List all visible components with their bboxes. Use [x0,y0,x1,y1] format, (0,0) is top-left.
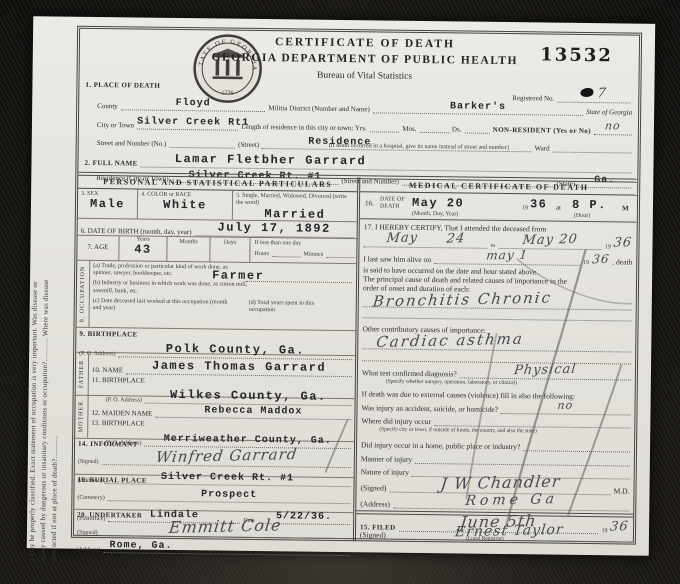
physician-address-value: Rome Ga [464,491,558,509]
meridiem-label: M [622,204,629,212]
where-injury-sub: (Specify city or town, if outside of lim… [379,426,537,434]
father-name-value: James Thomas Garrard [152,359,326,375]
occupation-d-label: (d) Total years spent in this occupation [249,300,319,315]
death-date-label-1: DATE OF [380,196,405,202]
mother-side-cell: MOTHER [75,396,89,438]
occupation-b-label: (b) Industry or business in which work w… [93,280,253,296]
ink-blot [581,88,594,97]
last-saw-pre: I last saw him alive on [363,254,431,264]
county-value: Floyd [176,98,211,109]
accident-value: no [557,399,574,412]
test-label: What test confirmed diagnosis? [362,368,457,378]
race-value: White [138,198,232,213]
last-saw-year-prefix: 19 [583,260,589,266]
attended-year-prefix: 19 [605,244,611,250]
informant-row: 14. INFORMANT (Signed) Winfred Garrard (… [75,439,354,478]
certificate-number: 13532 [540,44,613,66]
sex-cell: 3. SEX Male [78,189,138,219]
occupation-c-label: (c) Date deceased last worked at this oc… [93,298,228,314]
physician-address-row: (Address) Rome Ga [360,493,629,511]
undertaker-signature: Emmitt Cole [168,515,283,537]
cemetery-value: Prospect [201,489,257,501]
test-sub-label: (Specify whether autopsy, operation, lab… [386,379,517,387]
accident-label: Was injury an accident, suicide, or homi… [361,403,498,414]
test-line: Physical [460,359,631,380]
street-number-label: Street and Number (No.) [97,139,167,148]
last-saw-value: may 1 [485,248,528,263]
father-side-cell: FATHER [76,353,90,395]
less-than-day-label: If less than one day [254,240,354,247]
hours-label: Hours [254,251,269,257]
medical-header: MEDICAL CERTIFICATE OF DEATH [360,177,637,195]
undertaker-address-label: (Address) [77,547,101,553]
physician-address-label: (Address) [360,499,390,508]
informant-signed-label: (Signed) [78,459,99,465]
death-date-value: May 20 [412,196,464,211]
militia-value: Barker's [450,101,506,113]
test-value: Physical [513,362,577,378]
race-cell: 4. COLOR or RACE White [138,190,233,220]
death-hour-sub: (Hour) [574,213,590,219]
last-saw-line: may 1 [434,245,580,266]
last-saw-year-value: 36 [591,252,610,266]
death-date-sub: (Month, Day, Year) [412,211,459,218]
personal-column: PERSONAL AND STATISTICAL PARTICULARS 3. … [74,174,360,541]
mother-side-label: MOTHER [78,401,84,432]
birthplace-label: 9. BIRTHPLACE [79,330,137,339]
occupation-side-label: 8. OCCUPATION [80,266,87,323]
death-date-number: 16. [365,199,374,207]
cemetery-line: Prospect [108,482,351,504]
mother-row: MOTHER 12. MAIDEN NAME Rebecca Maddox 13… [75,396,355,442]
less-than-day-cell: If less than one day Hours Minutes [250,238,356,263]
county-label: County [97,102,118,110]
cemetery-label: (Cemetery) [77,495,104,501]
death-year-value: 36 [530,197,548,211]
burial-row: 19. BURIAL PLACE (Cemetery) Prospect (Po… [74,475,353,513]
scanned-death-certificate: it may be properly classified. Exact sta… [0,0,680,584]
birth-date-label: 6. DATE OF BIRTH (month, day, year) [81,227,192,236]
ward-label: Ward [535,144,550,152]
father-row: FATHER 10. NAME James Thomas Garrard 11.… [76,353,356,399]
registrar-signed-line: Ernest Taylor [389,521,629,543]
last-saw-row: I last saw him alive on may 1 19 36 , de… [363,251,632,266]
father-side-label: FATHER [79,360,85,388]
militia-line: Barker's [373,94,584,116]
months-label: Months [167,237,210,262]
city-value: Silver Creek Rt1 [137,116,249,128]
place-of-death-label: 1. PLACE OF DEATH [85,81,160,90]
minutes-line [326,257,354,258]
undertaker-row: 20. UNDERTAKER (Signed) Emmitt Cole (Add… [74,510,353,541]
birth-date-line: July 17, 1892 [195,217,354,238]
columns: PERSONAL AND STATISTICAL PARTICULARS 3. … [74,174,637,545]
physician-signed-label: (Signed) [360,483,386,492]
certificate-page: it may be properly classified. Exact sta… [27,16,655,556]
nonresident-line: no [594,116,632,135]
mother-name-line: Rebecca Maddox [155,399,351,420]
hours-line [272,256,300,257]
mother-name-value: Rebecca Maddox [204,405,302,417]
bureau-subtitle: Bureau of Vital Statistics [230,70,500,83]
street-paren-label: (Street) [238,141,259,149]
years-value: 43 [119,242,166,257]
birth-date-value: July 17, 1892 [218,220,331,235]
father-name-line: James Thomas Garrard [126,355,352,377]
contributory-line-1 [362,339,631,352]
death-hour-value: 8 P. [572,198,607,212]
sex-value: Male [78,197,137,212]
attended-from-value: May [386,230,419,246]
undertaker-signed-label: (Signed) [77,530,98,536]
age-label: 7. AGE [77,236,119,261]
days-label: Days [210,237,250,261]
death-date-label-2: DEATH [380,203,400,209]
last-saw-post: , death [612,257,632,266]
occupation-row: 8. OCCUPATION (a) Trade, profession or p… [76,261,356,331]
age-years-cell: Years 43 [119,236,167,261]
county-line: Floyd [121,91,266,112]
home-injury-label: Did injury occur in a home, public place… [361,440,520,451]
certificate-title: CERTIFICATE OF DEATH [230,36,500,51]
where-injury-label: Where did injury occur [361,416,431,426]
accident-line: no [501,395,631,416]
death-year-prefix: 19 [522,205,528,211]
attended-from-day: 24 [445,231,465,246]
registrar-sub-label: (Local Registrar) [466,536,504,542]
undertaker-address-value: Rome, Ga. [109,540,172,552]
registrar-signed-label: (Signed) [360,530,386,539]
at-label: at [556,204,561,212]
certificate-border-box: STATE OF GEORGIA 1776 CERTIFICATE OF DEA… [71,26,642,545]
birthplace-row: 9. BIRTHPLACE (P. O. Address) Polk Count… [76,328,355,356]
father-name-label: 10. NAME [92,366,123,374]
margin-note-line-3: contracted if not at place of death?....… [50,322,64,562]
nonresident-value: no [604,119,621,132]
informant-signature: Winfred Garrard [154,445,298,466]
occupation-side-cell: 8. OCCUPATION [76,261,90,327]
marital-cell: 5. Single, Married, Widowed, Divorced (w… [233,191,357,222]
principal-line-2 [363,308,632,321]
minutes-label: Minutes [303,252,323,258]
attended-year-value: 36 [613,235,633,250]
undertaker-address-line: Rome, Ga. [103,534,350,556]
medical-column: MEDICAL CERTIFICATE OF DEATH 16. DATE OF… [356,177,637,544]
mother-name-label: 12. MAIDEN NAME [91,409,152,418]
physician-address-line: Rome Ga [393,490,630,512]
marital-label: 5. Single, Married, Widowed, Divorced (w… [233,191,357,208]
age-row: 7. AGE Years 43 Months Days If less than… [77,236,356,264]
